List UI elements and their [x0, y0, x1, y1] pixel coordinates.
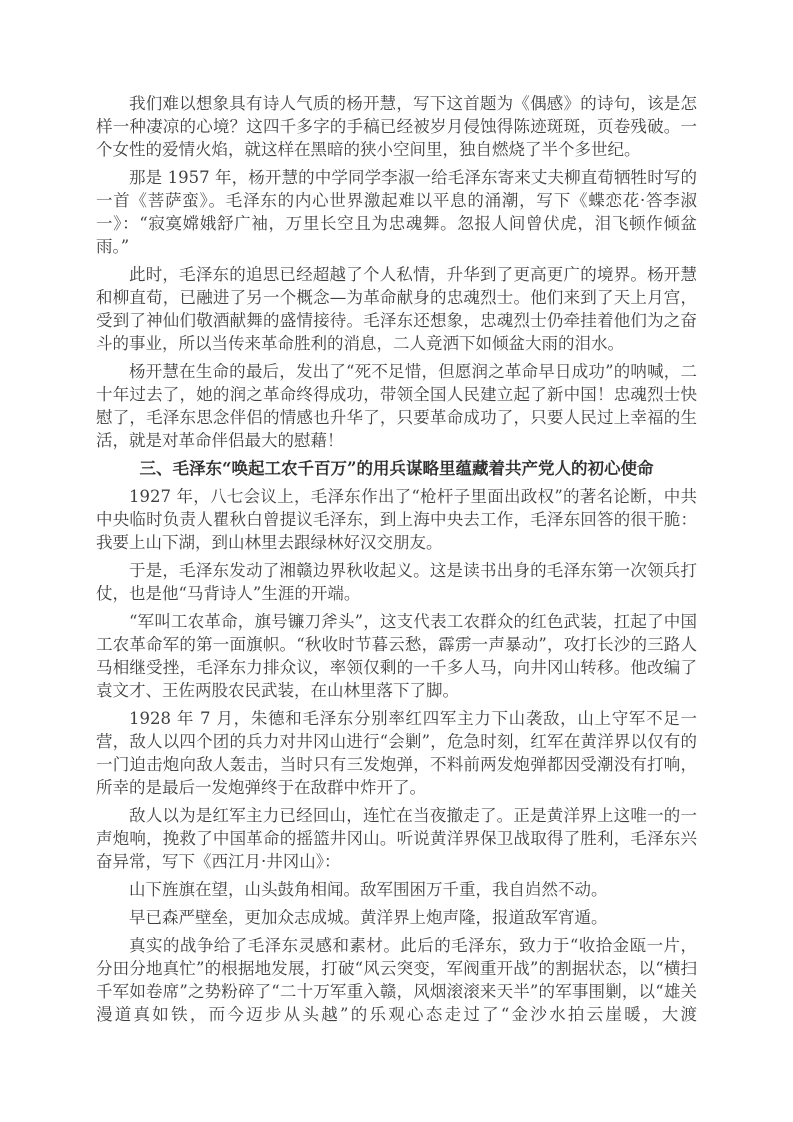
document-page: 我们难以想象具有诗人气质的杨开慧，写下这首题为《偶感》的诗句，该是怎样一种凄凉的…	[0, 0, 793, 1122]
document-paragraph: 杨开慧在生命的最后，发出了“死不足惜，但愿润之革命早日成功”的呐喊，二十年过去了…	[96, 360, 697, 452]
document-paragraph: 那是 1957 年，杨开慧的中学同学李淑一给毛泽东寄来丈夫柳直荀牺牲时写的一首《…	[96, 166, 697, 258]
document-paragraph: 1927 年，八七会议上，毛泽东作出了“枪杆子里面出政权”的著名论断，中共中央临…	[96, 485, 697, 554]
section-heading: 三、毛泽东“唤起工农千百万”的用兵谋略里蕴藏着共产党人的初心使命	[96, 457, 697, 480]
document-paragraph: 于是，毛泽东发动了湘赣边界秋收起义。这是读书出身的毛泽东第一次领兵打仗，也是他“…	[96, 559, 697, 605]
poem-line: 早已森严壁垒，更加众志成城。黄洋界上炮声隆，报道敌军宵遁。	[96, 906, 697, 929]
document-paragraph: 真实的战争给了毛泽东灵感和素材。此后的毛泽东，致力于“收拾金瓯一片，分田分地真忙…	[96, 934, 697, 1026]
poem-line: 山下旌旗在望，山头鼓角相闻。敌军围困万千重，我自岿然不动。	[96, 878, 697, 901]
document-paragraph: 1928 年 7 月，朱德和毛泽东分别率红四军主力下山袭敌，山上守军不足一营，敌…	[96, 707, 697, 799]
document-body: 我们难以想象具有诗人气质的杨开慧，写下这首题为《偶感》的诗句，该是怎样一种凄凉的…	[96, 92, 697, 1026]
document-paragraph: 敌人以为是红军主力已经回山，连忙在当夜撤走了。正是黄洋界上这唯一的一声炮响，挽救…	[96, 804, 697, 873]
document-paragraph: “军叫工农革命，旗号镰刀斧头”，这支代表工农群众的红色武装，扛起了中国工农革命军…	[96, 610, 697, 702]
document-paragraph: 我们难以想象具有诗人气质的杨开慧，写下这首题为《偶感》的诗句，该是怎样一种凄凉的…	[96, 92, 697, 161]
document-paragraph: 此时，毛泽东的追思已经超越了个人私情，升华到了更高更广的境界。杨开慧和柳直荀，已…	[96, 263, 697, 355]
